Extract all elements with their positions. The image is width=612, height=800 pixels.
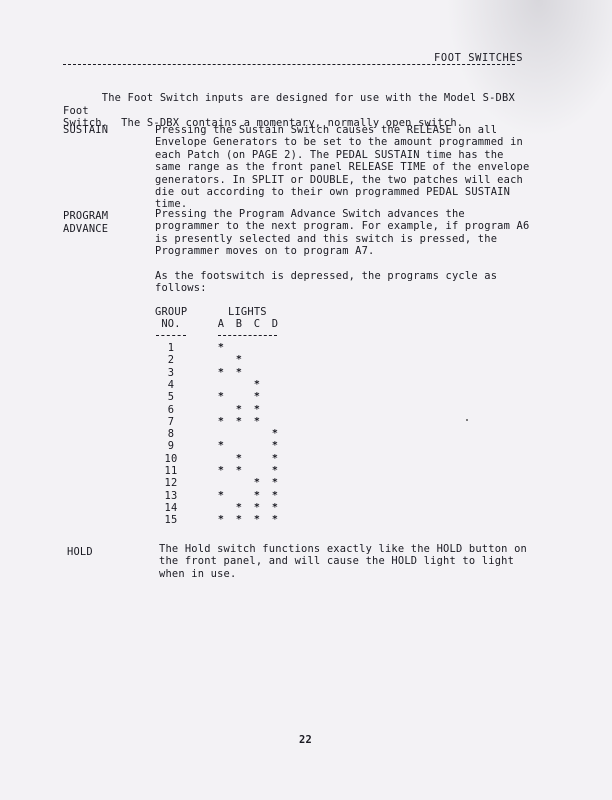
lights-header-rule	[218, 335, 277, 336]
light-on-marker-b: *	[234, 404, 244, 416]
table-row: 5**	[153, 391, 293, 403]
light-on-marker-a: *	[216, 367, 226, 379]
group-number: 6	[157, 404, 185, 416]
table-row: 4*	[153, 379, 293, 391]
description-program-advance: Pressing the Program Advance Switch adva…	[155, 208, 535, 294]
header-divider	[63, 64, 515, 65]
table-row: 2*	[153, 354, 293, 366]
light-on-marker-a: *	[216, 465, 226, 477]
light-on-marker-b: *	[234, 416, 244, 428]
light-on-marker-a: *	[216, 490, 226, 502]
group-number: 4	[157, 379, 185, 391]
table-row: 10**	[153, 453, 293, 465]
hold-paragraph: The Hold switch functions exactly like t…	[159, 543, 539, 580]
light-on-marker-a: *	[216, 342, 226, 354]
group-number-header: GROUP NO.	[155, 306, 187, 330]
column-header-a: A	[216, 318, 226, 330]
light-on-marker-b: *	[234, 453, 244, 465]
light-on-marker-d: *	[270, 465, 280, 477]
group-number: 9	[157, 440, 185, 452]
column-header-b: B	[234, 318, 244, 330]
light-on-marker-b: *	[234, 502, 244, 514]
table-row: 12**	[153, 477, 293, 489]
column-header-d: D	[270, 318, 280, 330]
light-on-marker-a: *	[216, 416, 226, 428]
table-row: 6**	[153, 404, 293, 416]
table-row: 7***	[153, 416, 293, 428]
table-row: 13***	[153, 490, 293, 502]
program-cycle-paragraph: As the footswitch is depressed, the prog…	[155, 270, 535, 295]
light-on-marker-c: *	[252, 379, 262, 391]
description-sustain: Pressing the Sustain Switch causes the R…	[155, 124, 535, 211]
table-row: 3**	[153, 367, 293, 379]
group-number: 15	[157, 514, 185, 526]
light-on-marker-b: *	[234, 367, 244, 379]
group-number: 8	[157, 428, 185, 440]
light-on-marker-a: *	[216, 391, 226, 403]
table-row: 11***	[153, 465, 293, 477]
page-number: 22	[299, 734, 312, 746]
light-on-marker-b: *	[234, 514, 244, 526]
term-sustain: SUSTAIN	[63, 124, 108, 137]
description-hold: The Hold switch functions exactly like t…	[159, 543, 539, 580]
sustain-paragraph: Pressing the Sustain Switch causes the R…	[155, 124, 535, 211]
light-on-marker-d: *	[270, 490, 280, 502]
group-number: 13	[157, 490, 185, 502]
light-on-marker-c: *	[252, 502, 262, 514]
term-hold: HOLD	[67, 546, 93, 559]
table-row: 14***	[153, 502, 293, 514]
light-on-marker-d: *	[270, 477, 280, 489]
group-number: 3	[157, 367, 185, 379]
table-row: 9**	[153, 440, 293, 452]
group-number: 10	[157, 453, 185, 465]
light-on-marker-d: *	[270, 514, 280, 526]
light-on-marker-c: *	[252, 404, 262, 416]
light-on-marker-b: *	[234, 465, 244, 477]
column-header-c: C	[252, 318, 262, 330]
lights-header: LIGHTS	[228, 306, 267, 318]
light-on-marker-d: *	[270, 502, 280, 514]
term-program-advance: PROGRAM ADVANCE	[63, 210, 108, 235]
light-on-marker-c: *	[252, 391, 262, 403]
group-number: 14	[157, 502, 185, 514]
table-row: 15****	[153, 514, 293, 526]
manual-page: FOOT SWITCHES The Foot Switch inputs are…	[0, 0, 612, 800]
table-row: 1*	[153, 342, 293, 354]
table-row: 8*	[153, 428, 293, 440]
group-number: 7	[157, 416, 185, 428]
group-header-rule	[156, 335, 186, 336]
group-number: 2	[157, 354, 185, 366]
group-number: 12	[157, 477, 185, 489]
light-on-marker-d: *	[270, 440, 280, 452]
light-on-marker-b: *	[234, 354, 244, 366]
group-number: 11	[157, 465, 185, 477]
group-number: 1	[157, 342, 185, 354]
light-on-marker-a: *	[216, 440, 226, 452]
light-on-marker-c: *	[252, 416, 262, 428]
section-title: FOOT SWITCHES	[434, 52, 523, 64]
light-on-marker-c: *	[252, 477, 262, 489]
scan-speck	[466, 419, 468, 421]
light-on-marker-a: *	[216, 514, 226, 526]
light-on-marker-c: *	[252, 514, 262, 526]
light-on-marker-d: *	[270, 453, 280, 465]
light-on-marker-c: *	[252, 490, 262, 502]
program-advance-paragraph: Pressing the Program Advance Switch adva…	[155, 208, 535, 258]
light-on-marker-d: *	[270, 428, 280, 440]
group-number: 5	[157, 391, 185, 403]
table-header: GROUP NO. LIGHTS A B C D	[153, 306, 293, 346]
